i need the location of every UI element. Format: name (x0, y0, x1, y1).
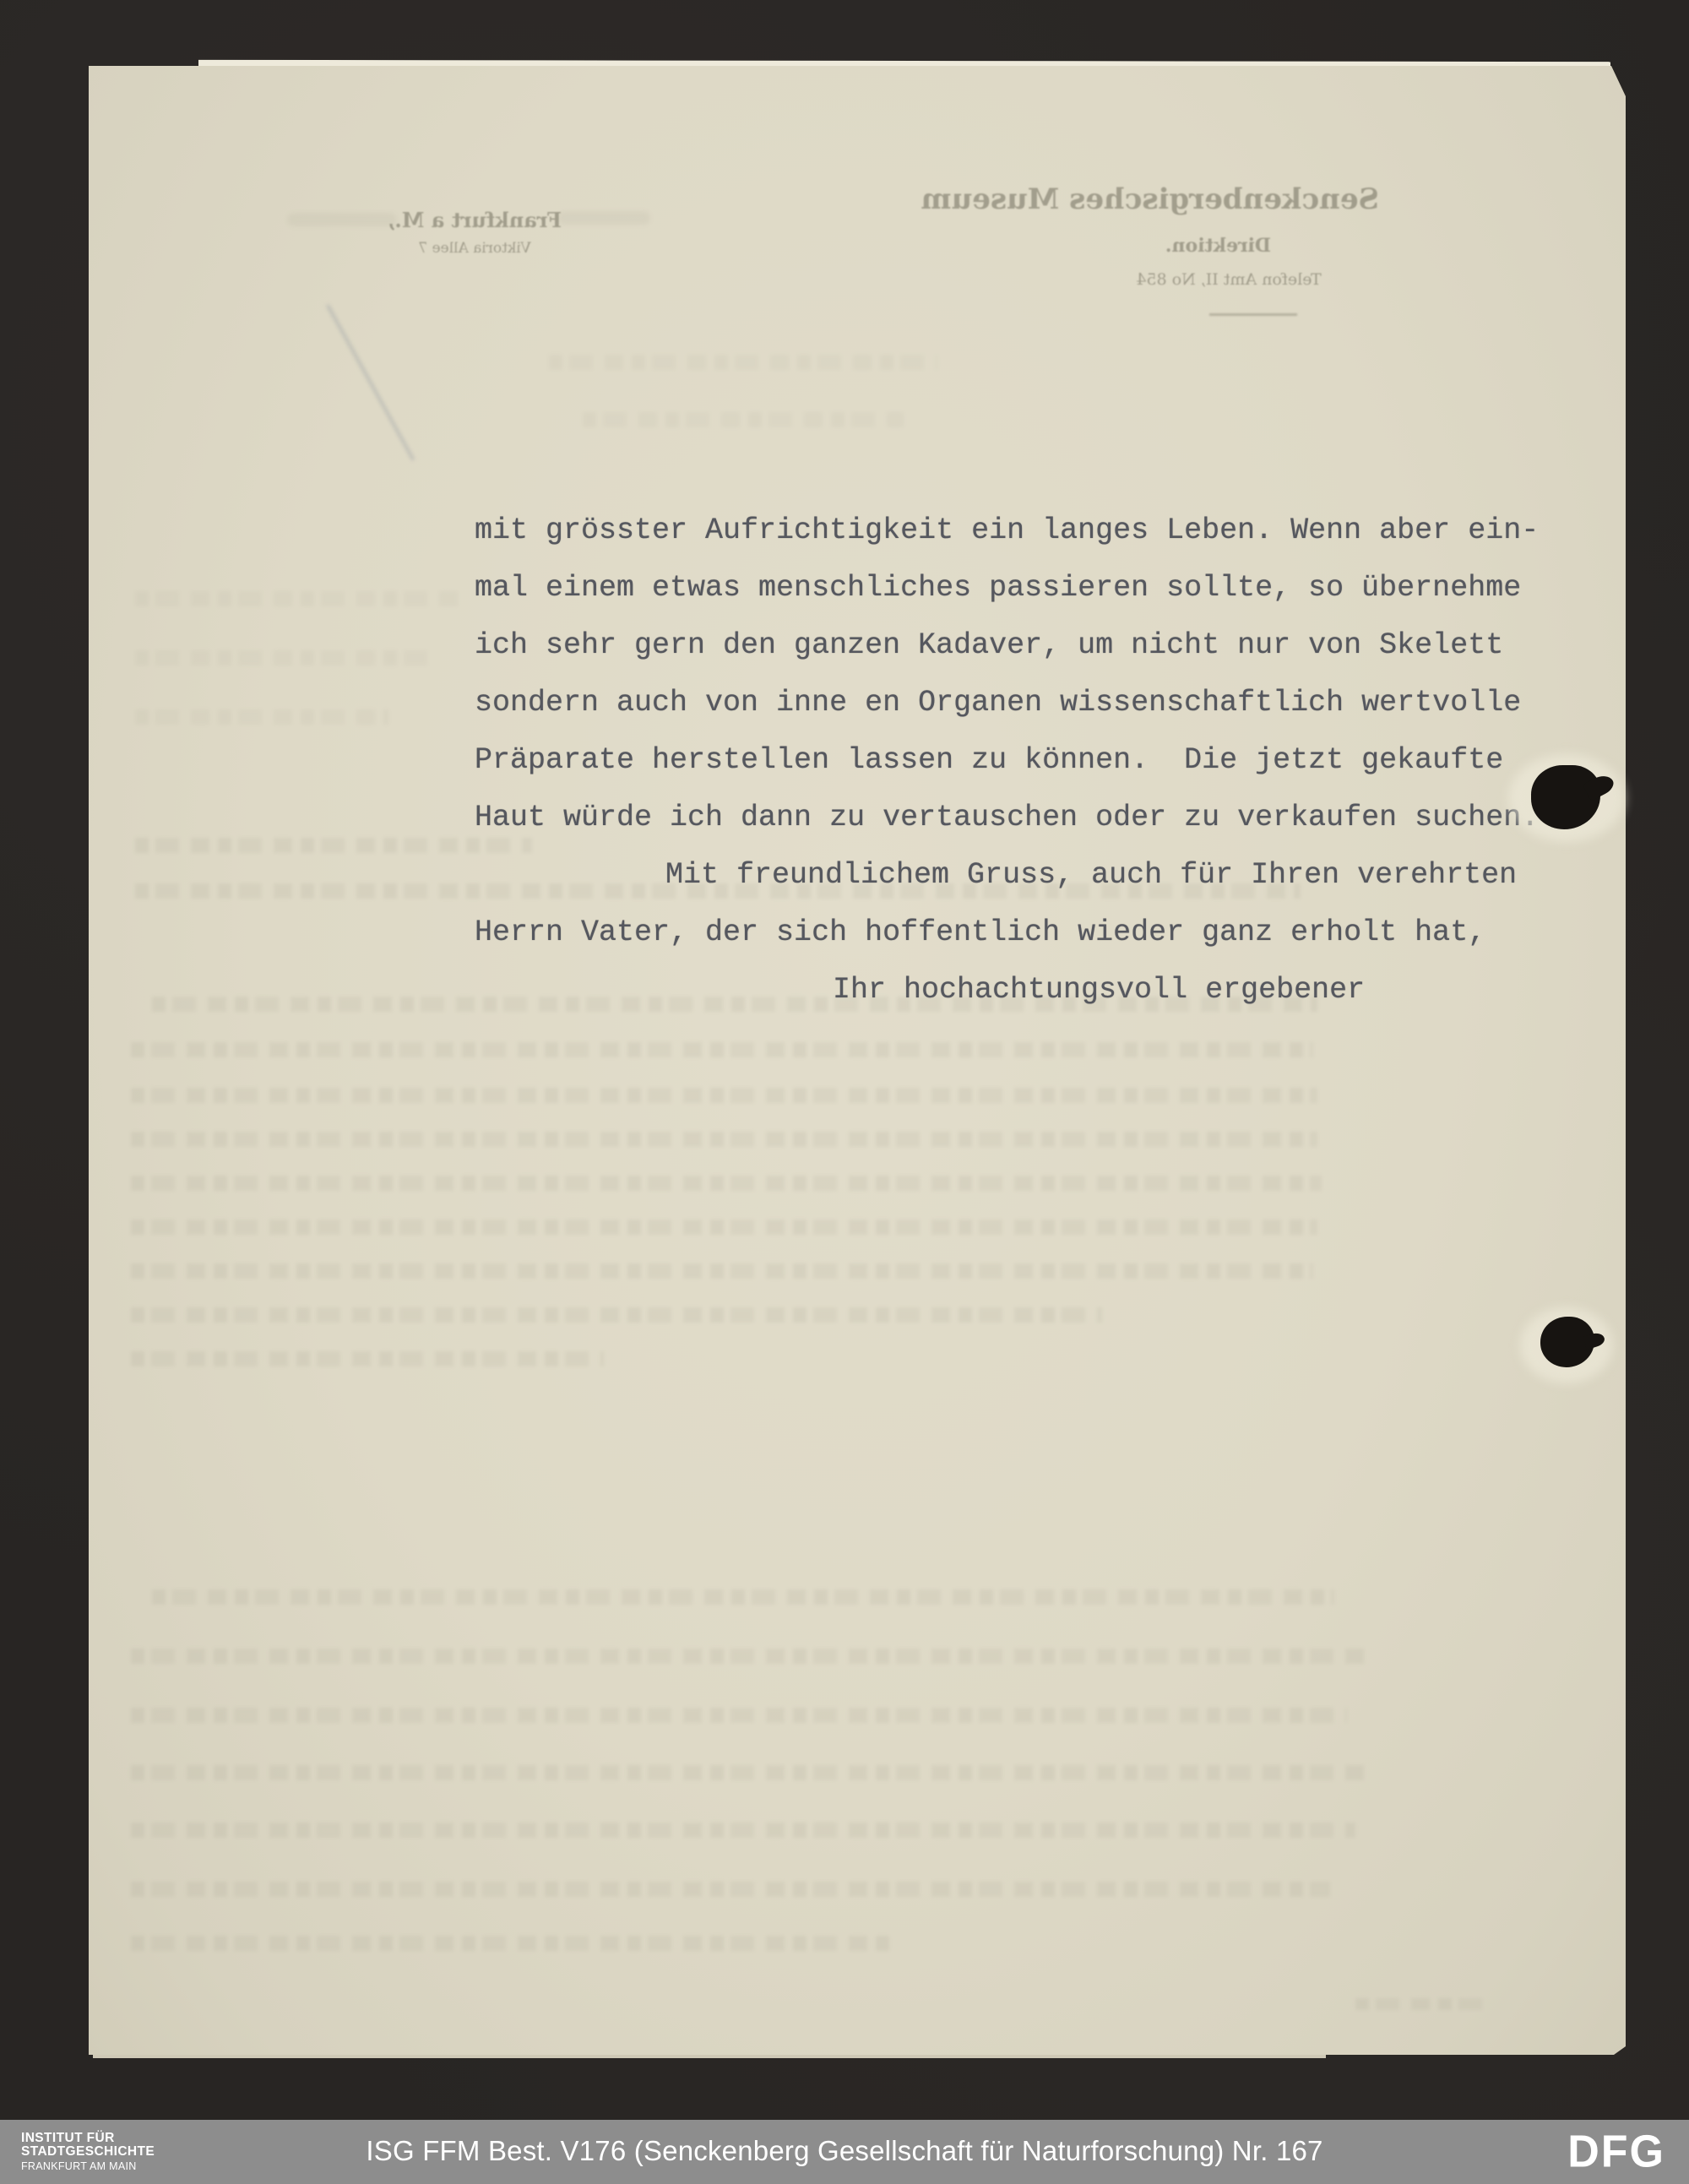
bleedthrough-smudge (557, 211, 650, 225)
letter-line-closing: Mit freundlichem Gruss, auch für Ihren v… (665, 858, 1517, 892)
bleedthrough-line (583, 412, 904, 427)
archive-reference: ISG FFM Best. V176 (Senckenberg Gesellsc… (0, 2135, 1689, 2167)
bleedthrough-line (135, 838, 532, 853)
bleedthrough-line (131, 1307, 1102, 1323)
bleedthrough-rule (1209, 313, 1297, 316)
bleedthrough-line (131, 1765, 1372, 1780)
letter-line: Präparate herstellen lassen zu können. D… (475, 743, 1503, 777)
bleedthrough-line (549, 355, 937, 370)
bleedthrough-telephone: Telefon Amt II, No 854 (1132, 270, 1326, 289)
bleedthrough-stamp (1355, 1998, 1482, 2010)
bleedthrough-line (131, 1823, 1355, 1838)
bleedthrough-line (131, 1132, 1317, 1147)
bleedthrough-line (131, 1708, 1347, 1723)
bleedthrough-line (131, 1176, 1322, 1191)
letter-line: mit grösster Aufrichtigkeit ein langes L… (475, 513, 1539, 547)
bleedthrough-line (131, 1882, 1330, 1897)
bleedthrough-line (131, 1936, 891, 1951)
bleedthrough-line (135, 591, 464, 606)
bleedthrough-line (131, 1088, 1317, 1103)
letter-line: mal einem etwas menschliches passieren s… (475, 571, 1521, 605)
bleedthrough-museum-name: Senckenbergisches Museum (1041, 182, 1379, 216)
bleedthrough-line (131, 1351, 604, 1366)
bleedthrough-line (131, 1042, 1313, 1057)
dfg-logo: DFG (1567, 2126, 1665, 2178)
bleedthrough-city: Frankfurt a M., (397, 208, 562, 232)
bleedthrough-line (131, 1649, 1364, 1664)
bleedthrough-line (135, 650, 439, 666)
scanned-letter-background: Senckenbergisches Museum Direktion. Tele… (0, 0, 1689, 2184)
bleedthrough-line (152, 1589, 1334, 1605)
letter-signoff-line: Ihr hochachtungsvoll ergebener (833, 973, 1365, 1007)
bleedthrough-street: Viktoria Allee 7 (407, 240, 542, 257)
bleedthrough-line (131, 1220, 1317, 1235)
bleedthrough-line (131, 1263, 1313, 1279)
letter-line: ich sehr gern den ganzen Kadaver, um nic… (475, 628, 1503, 662)
bleedthrough-line (135, 709, 388, 725)
letter-line-closing: Herrn Vater, der sich hoffentlich wieder… (475, 915, 1485, 949)
bleedthrough-smudge (287, 213, 397, 226)
letter-line: sondern auch von inne en Organen wissens… (475, 686, 1521, 720)
letter-line: Haut würde ich dann zu vertauschen oder … (475, 801, 1539, 834)
footer-bar: INSTITUT FÜR STADTGESCHICHTE FRANKFURT A… (0, 2120, 1689, 2184)
bleedthrough-department: Direktion. (1170, 235, 1271, 257)
